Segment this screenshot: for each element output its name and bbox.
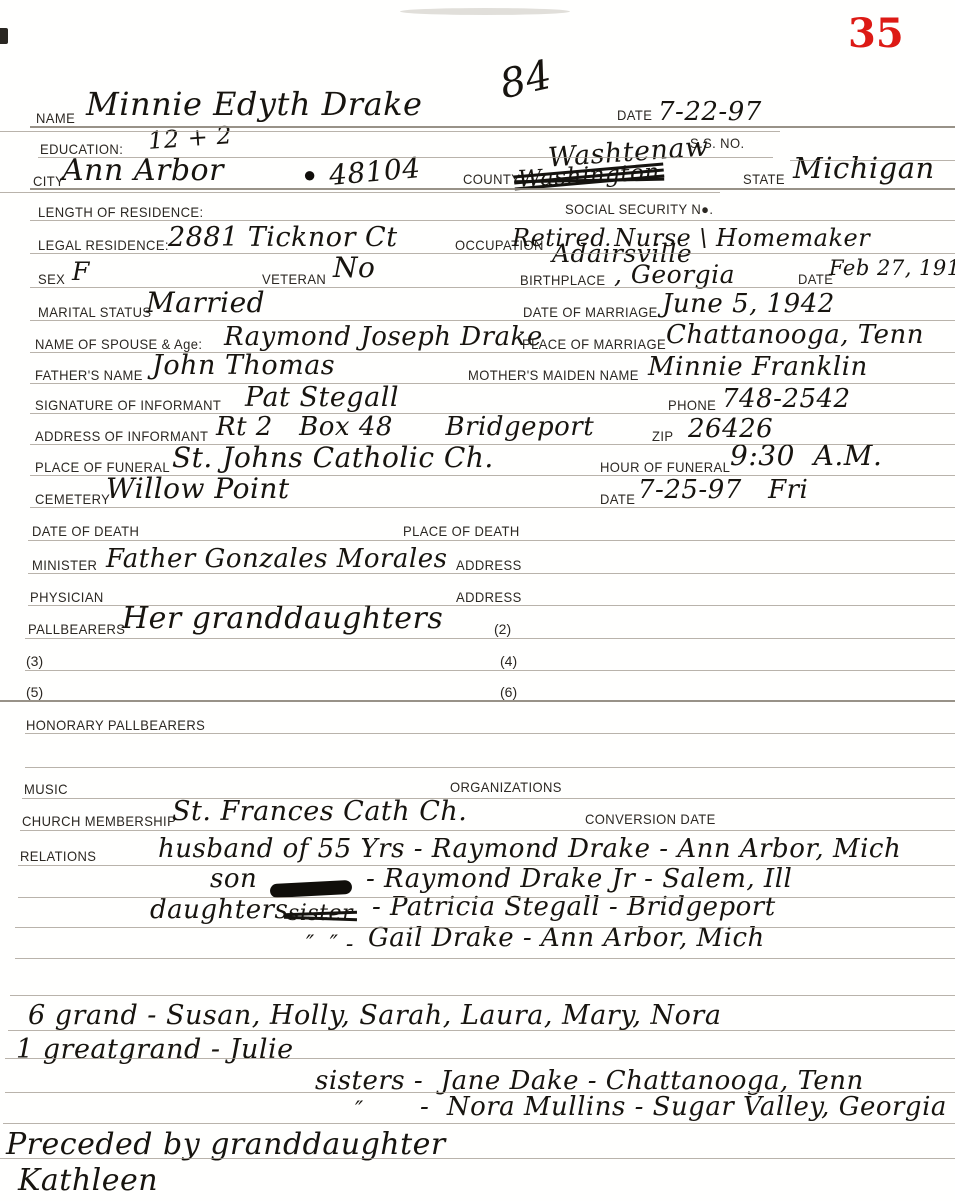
rule-line: [18, 865, 955, 866]
relations-line-gail-ditto: ″ ″ -: [306, 934, 354, 956]
relations-line-son-post: - Raymond Drake Jr - Salem, Ill: [366, 866, 792, 892]
informant-address-value: Rt 2 Box 48 Bridgeport: [216, 414, 594, 440]
city-zip-note: 48104: [328, 154, 422, 190]
relations-line-daughters-pre: daughters: [150, 897, 288, 923]
minister-label: MINISTER: [32, 558, 97, 574]
phone-value: 748-2542: [722, 386, 851, 412]
rule-line: [0, 1158, 955, 1159]
minister-address-label: ADDRESS: [456, 558, 522, 574]
organizations-label: ORGANIZATIONS: [450, 780, 562, 796]
note-sisters-2-ditto: ″: [355, 1100, 364, 1122]
rule-line: [30, 287, 955, 288]
rule-line: [30, 352, 955, 353]
rule-line: [5, 1058, 955, 1059]
note-sisters-1: sisters - Jane Dake - Chattanooga, Tenn: [315, 1068, 864, 1094]
scan-artifact: [0, 28, 8, 44]
record-date-label: DATE: [617, 108, 652, 124]
veteran-value: No: [333, 254, 375, 282]
birthplace-label: BIRTHPLACE: [520, 273, 605, 289]
rule-line: [0, 131, 780, 132]
honorary-pallbearers-label: HONORARY PALLBEARERS: [26, 718, 205, 734]
social-security-no-label: SOCIAL SECURITY N●.: [565, 202, 713, 218]
rule-line: [18, 897, 955, 898]
city-value: Ann Arbor: [62, 156, 224, 186]
legal-residence-value: 2881 Ticknor Ct: [168, 224, 398, 251]
veteran-label: VETERAN: [262, 272, 326, 288]
rule-line: [10, 995, 955, 996]
length-of-residence-label: LENGTH OF RESIDENCE:: [38, 205, 203, 221]
age-annotation: 84: [496, 55, 556, 106]
rule-line: [0, 700, 955, 702]
pallbearers-value: Her granddaughters: [122, 604, 443, 634]
physician-address-label: ADDRESS: [456, 590, 522, 606]
hour-of-funeral-value: 9:30 A.M.: [730, 442, 882, 470]
note-sisters-2: - Nora Mullins - Sugar Valley, Georgia: [420, 1094, 947, 1120]
music-label: MUSIC: [24, 782, 68, 798]
date-of-death-label: DATE OF DEATH: [32, 524, 139, 540]
relations-line-gail: Gail Drake - Ann Arbor, Mich: [368, 925, 765, 951]
place-of-funeral-value: St. Johns Catholic Ch.: [172, 444, 494, 472]
spouse-value: Raymond Joseph Drake: [224, 324, 543, 350]
rule-line: [28, 573, 955, 574]
pallbearer-slot-2: (2): [494, 621, 511, 637]
minister-value: Father Gonzales Morales: [106, 546, 447, 572]
name-value: Minnie Edyth Drake: [86, 88, 422, 120]
city-label: CITY: [33, 174, 64, 190]
rule-line: [30, 475, 955, 476]
pallbearers-label: PALLBEARERS: [28, 622, 125, 638]
rule-line: [8, 1030, 955, 1031]
rule-line: [790, 160, 955, 161]
place-of-death-label: PLACE OF DEATH: [403, 524, 520, 540]
rule-line: [28, 605, 955, 606]
rule-line: [30, 383, 955, 384]
scan-artifact: [400, 8, 570, 15]
note-preceded-1: Preceded by granddaughter: [6, 1130, 446, 1160]
informant-value: Pat Stegall: [245, 384, 399, 411]
rule-line: [15, 958, 955, 959]
state-label: STATE: [743, 172, 785, 188]
rule-line: [25, 670, 955, 671]
date-of-marriage-value: June 5, 1942: [662, 291, 835, 317]
note-preceded-2: Kathleen: [18, 1166, 158, 1196]
father-name-value: John Thomas: [152, 352, 335, 379]
rule-line: [30, 126, 955, 128]
marital-status-value: Married: [146, 289, 265, 317]
county-label: COUNTY: [463, 172, 520, 188]
phone-label: PHONE: [668, 398, 716, 414]
state-value: Michigan: [793, 154, 935, 183]
sex-value: F: [72, 259, 90, 284]
pallbearer-slot-3: (3): [26, 653, 43, 669]
physician-label: PHYSICIAN: [30, 590, 104, 606]
county-correction: Washtenaw: [547, 133, 709, 171]
note-grandchildren: 6 grand - Susan, Holly, Sarah, Laura, Ma…: [28, 1002, 721, 1029]
rule-line: [22, 798, 955, 799]
rule-line: [30, 444, 955, 445]
relations-line-husband: husband of 55 Yrs - Raymond Drake - Ann …: [158, 836, 901, 862]
place-of-marriage-label: PLACE OF MARRIAGE: [522, 337, 666, 353]
funeral-record-sheet: 35 84 NAME Minnie Edyth Drake DATE 7-22-…: [0, 0, 955, 1201]
relations-label: RELATIONS: [20, 849, 96, 865]
legal-residence-label: LEGAL RESIDENCE:: [38, 238, 169, 254]
church-membership-value: St. Frances Cath Ch.: [172, 798, 467, 825]
conversion-date-label: CONVERSION DATE: [585, 812, 716, 828]
record-date-value: 7-22-97: [658, 99, 762, 125]
place-of-marriage-value: Chattanooga, Tenn: [666, 322, 924, 348]
sheet-number: 35: [848, 14, 904, 54]
pallbearer-slot-6: (6): [500, 684, 517, 700]
cemetery-label: CEMETERY: [35, 492, 110, 508]
cemetery-value: Willow Point: [106, 475, 290, 503]
funeral-date-label: DATE: [600, 492, 635, 508]
relations-line-son-pre: son: [210, 866, 257, 892]
mother-maiden-name-label: MOTHER'S MAIDEN NAME: [468, 368, 639, 384]
pallbearer-slot-5: (5): [26, 684, 43, 700]
struck-word: sister: [288, 903, 353, 925]
birthplace-state: , Georgia: [614, 262, 735, 287]
pallbearer-slot-4: (4): [500, 653, 517, 669]
rule-line: [3, 1123, 955, 1124]
rule-line: [25, 638, 955, 639]
rule-line: [25, 733, 955, 734]
date-of-marriage-label: DATE OF MARRIAGE: [523, 305, 658, 321]
rule-line: [28, 540, 955, 541]
marital-status-label: MARITAL STATUS: [38, 305, 151, 321]
sex-label: SEX: [38, 272, 65, 288]
zip-label: ZIP: [652, 429, 673, 445]
informant-label: SIGNATURE OF INFORMANT: [35, 398, 221, 414]
funeral-date-value: 7-25-97 Fri: [638, 477, 808, 503]
rule-line: [5, 1092, 955, 1093]
rule-line: [30, 413, 955, 414]
rule-line: [30, 220, 955, 221]
rule-line: [30, 507, 955, 508]
birth-date-value: Feb 27, 1913: [829, 258, 955, 279]
mother-maiden-name-value: Minnie Franklin: [648, 354, 868, 380]
rule-line: [25, 767, 955, 768]
relations-line-daughters-struck: sister: [288, 903, 353, 925]
rule-line: [0, 192, 720, 193]
rule-line: [30, 188, 955, 190]
hour-of-funeral-label: HOUR OF FUNERAL: [600, 460, 730, 476]
rule-line: [20, 830, 955, 831]
rule-line: [38, 157, 773, 158]
name-label: NAME: [36, 111, 75, 127]
rule-line: [30, 320, 955, 321]
church-membership-label: CHURCH MEMBERSHIP: [22, 814, 176, 830]
rule-line: [30, 253, 955, 254]
rule-line: [15, 927, 955, 928]
ink-blot-icon: ●: [303, 164, 316, 186]
father-name-label: FATHER'S NAME: [35, 368, 143, 384]
